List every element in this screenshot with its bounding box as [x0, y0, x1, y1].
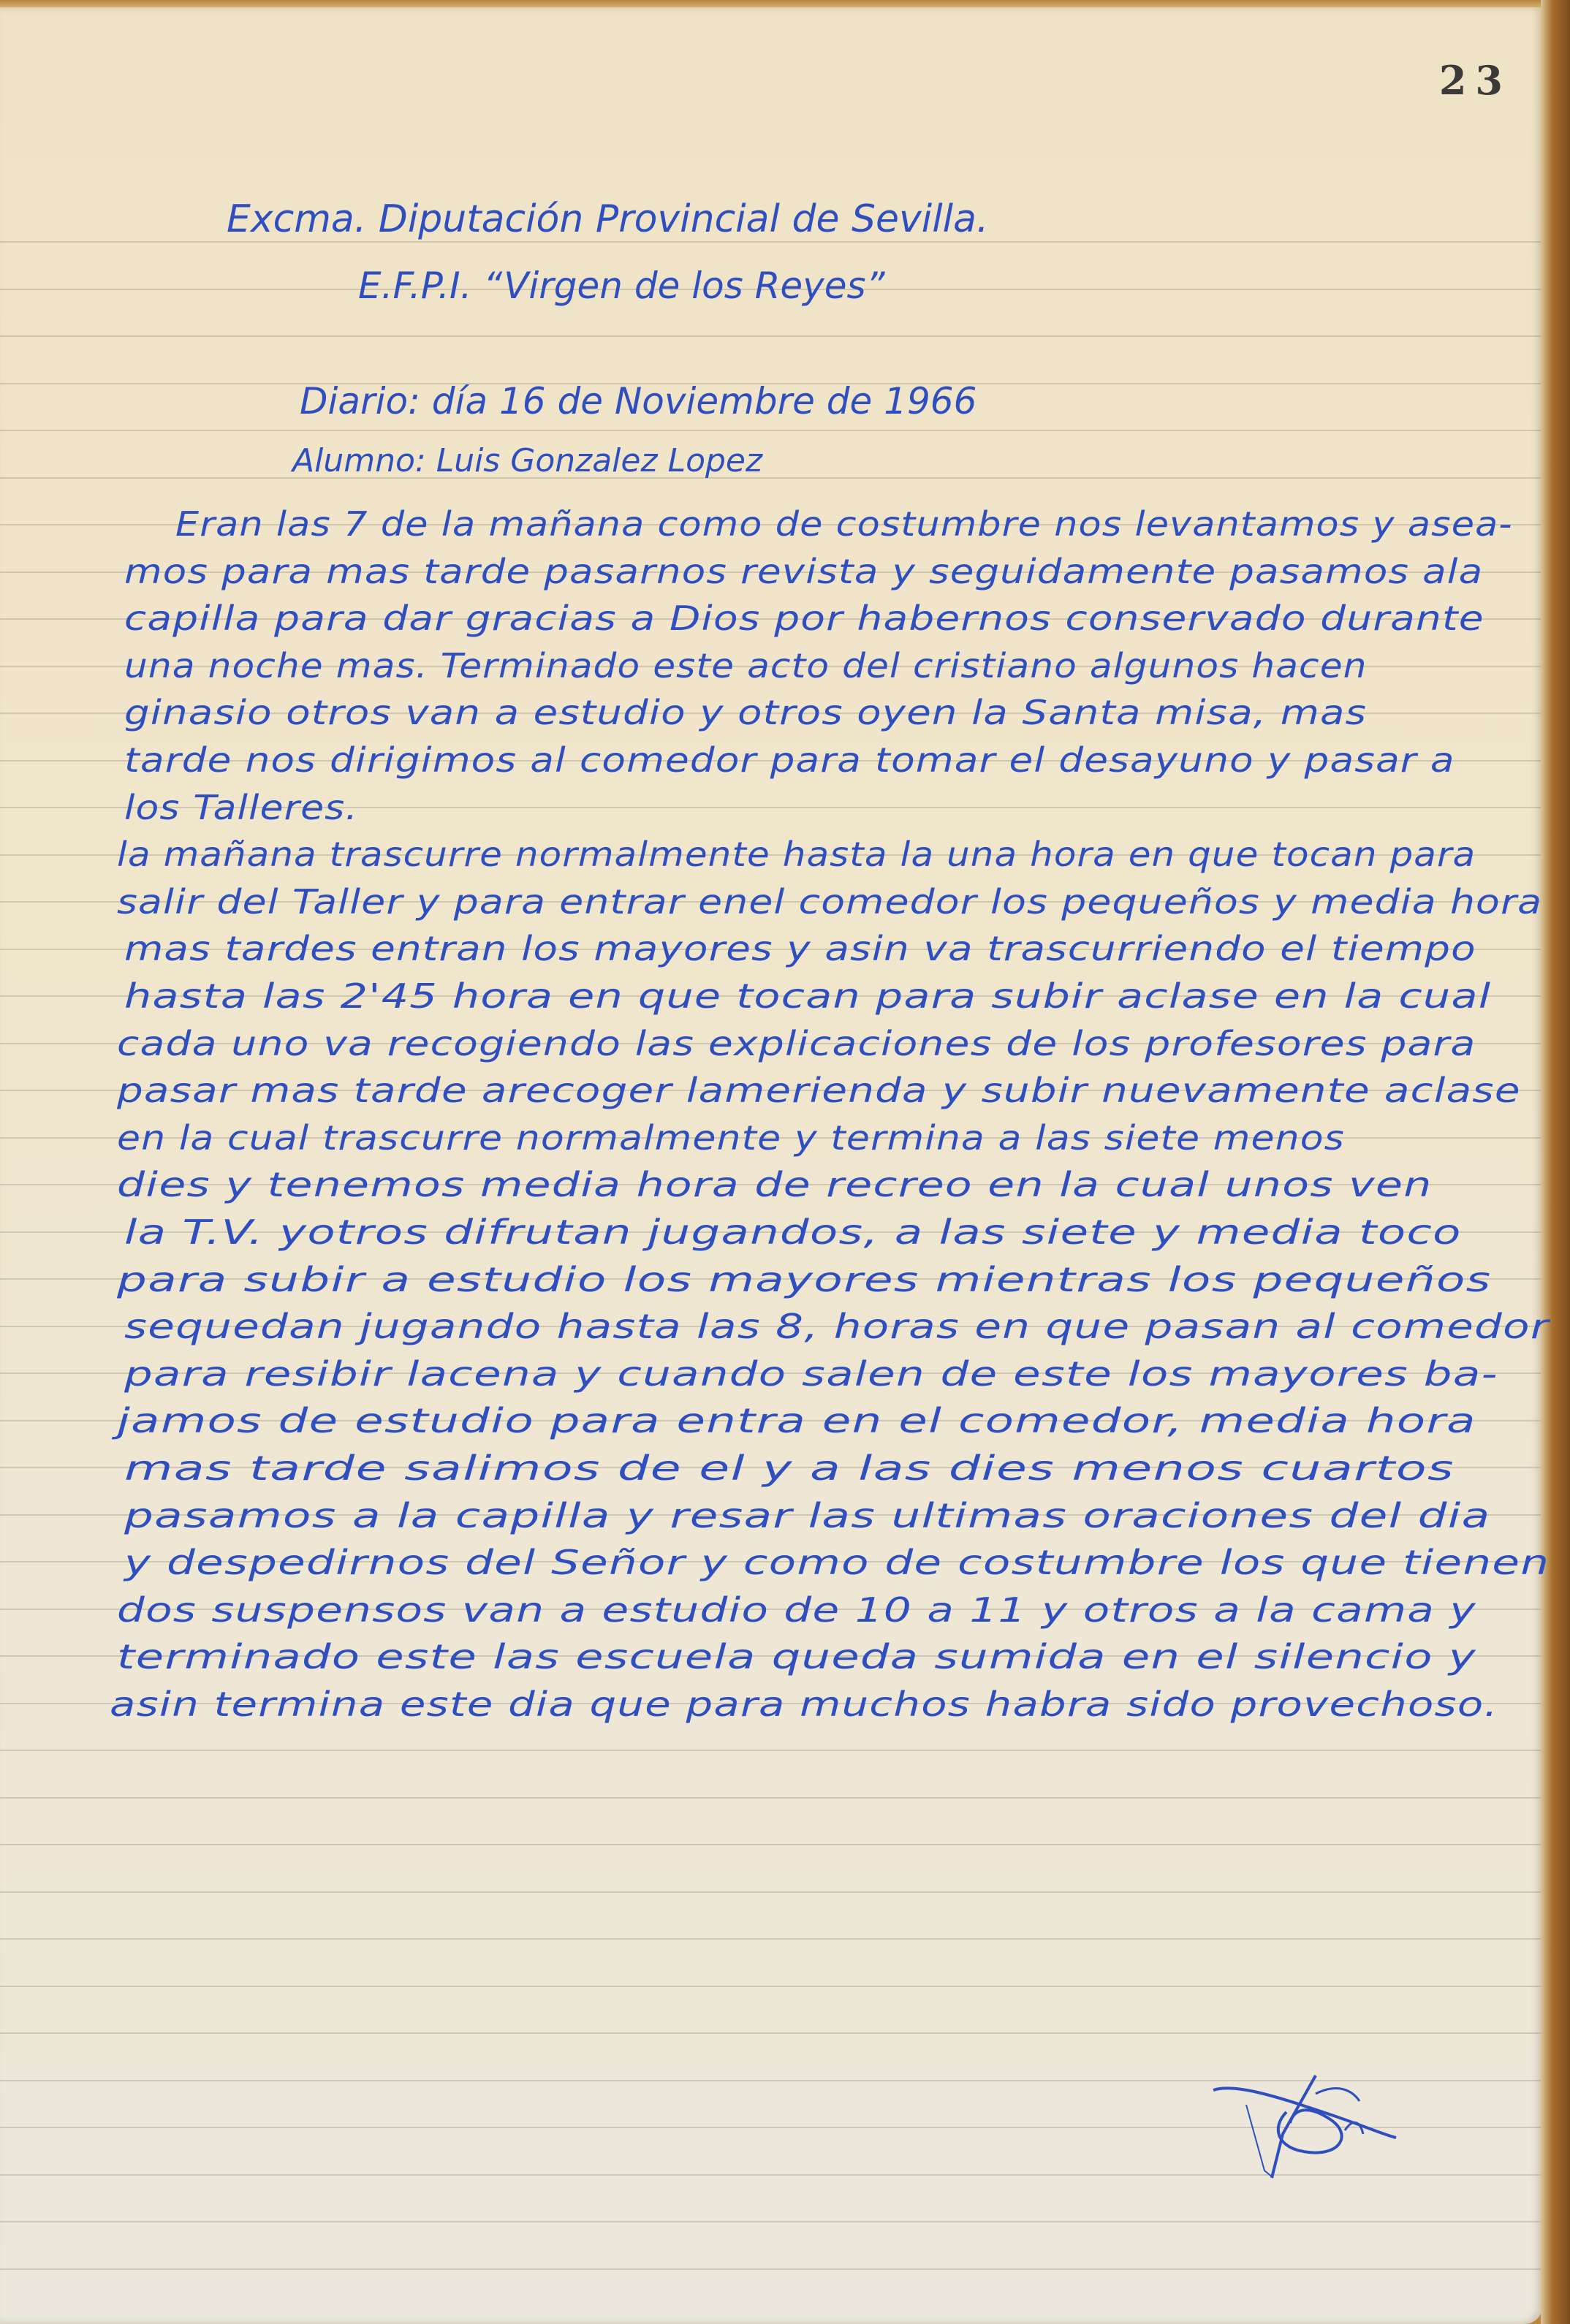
diary-line: para subir a estudio los mayores mientra…: [117, 1260, 1492, 1299]
ruled-line: [0, 1891, 1541, 1893]
ruled-line: [0, 430, 1541, 431]
diary-line: terminado este las escuela queda sumida …: [117, 1637, 1476, 1676]
school-heading: E.F.P.I. “Virgen de los Reyes”: [358, 265, 884, 307]
diary-line: una noche mas. Terminado este acto del c…: [124, 646, 1368, 686]
page-binding-edge: [1541, 0, 1570, 2324]
ruled-line: [0, 335, 1541, 337]
diary-date: Diario: día 16 de Noviembre de 1966: [300, 380, 976, 422]
signature-icon: [1206, 2068, 1411, 2192]
diary-line: pasar mas tarde arecoger lamerienda y su…: [117, 1071, 1521, 1110]
ruled-line: [0, 1750, 1541, 1751]
diary-line: mos para mas tarde pasarnos revista y se…: [124, 552, 1483, 591]
diary-line: los Talleres.: [124, 788, 358, 827]
ruled-line: [0, 241, 1541, 243]
diary-line: la mañana trascurre normalmente hasta la…: [117, 835, 1476, 874]
diary-line: y despedirnos del Señor y como de costum…: [124, 1543, 1550, 1582]
diary-line: hasta las 2'45 hora en que tocan para su…: [124, 976, 1491, 1016]
diary-line: cada uno va recogiendo las explicaciones…: [117, 1024, 1476, 1063]
institution-heading: Excma. Diputación Provincial de Sevilla.: [227, 197, 989, 241]
ruled-line: [0, 477, 1541, 479]
diary-line: Eran las 7 de la mañana como de costumbr…: [175, 504, 1513, 544]
diary-line: en la cual trascurre normalmente y termi…: [117, 1118, 1345, 1158]
diary-line: ginasio otros van a estudio y otros oyen…: [124, 693, 1367, 732]
ruled-line: [0, 1986, 1541, 1987]
diary-line: asin termina este dia que para muchos ha…: [110, 1685, 1498, 1724]
diary-line: sequedan jugando hasta las 8, horas en q…: [124, 1307, 1550, 1346]
diary-line: salir del Taller y para entrar enel come…: [117, 882, 1542, 922]
ruled-line: [0, 2268, 1541, 2270]
diary-line: dos suspensos van a estudio de 10 a 11 y…: [117, 1590, 1476, 1630]
ruled-line: [0, 2221, 1541, 2222]
diary-line: mas tardes entran los mayores y asin va …: [124, 929, 1476, 968]
page-number: 23: [1439, 57, 1512, 104]
ruled-line: [0, 1938, 1541, 1940]
diary-line: jamos de estudio para entra en el comedo…: [117, 1401, 1476, 1440]
diary-line: mas tarde salimos de el y a las dies men…: [124, 1448, 1455, 1488]
student-name: Alumno: Luis Gonzalez Lopez: [292, 442, 762, 479]
diary-line: pasamos a la capilla y resar las ultimas…: [124, 1496, 1490, 1535]
ruled-line: [0, 1844, 1541, 1845]
diary-line: dies y tenemos media hora de recreo en l…: [117, 1165, 1433, 1204]
ruled-line: [0, 1797, 1541, 1799]
ruled-line: [0, 2032, 1541, 2034]
diary-line: capilla para dar gracias a Dios por habe…: [124, 599, 1484, 638]
diary-line: para resibir lacena y cuando salen de es…: [124, 1354, 1498, 1394]
diary-line: tarde nos dirigimos al comedor para toma…: [124, 740, 1455, 780]
diary-line: la T.V. yotros difrutan jugandos, a las …: [124, 1212, 1462, 1252]
